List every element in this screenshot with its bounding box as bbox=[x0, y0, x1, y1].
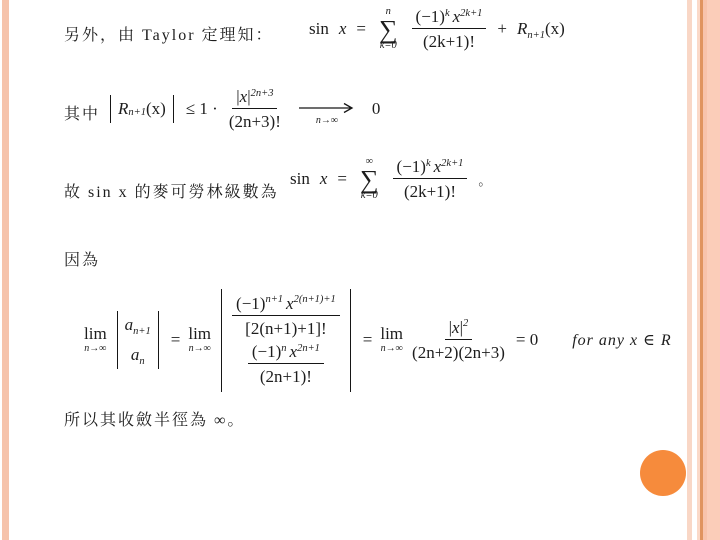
exponent: 2k+1 bbox=[441, 157, 463, 170]
equals-zero: = 0 bbox=[516, 330, 538, 350]
maclaurin-series-formula: sin x = ∞ ∑ k=0 (−1)kx2k+1 (2k+1)! 。 bbox=[288, 156, 493, 203]
right-border-stripe-thin bbox=[687, 0, 692, 540]
exponent: 2n+3 bbox=[251, 87, 274, 100]
term-a-n: an bbox=[131, 345, 145, 365]
abs-nested-fraction: (−1)n+1x2(n+1)+1 [2(n+1)+1]! (−1)nx2n+1 … bbox=[221, 289, 351, 392]
fraction-numerator: (−1)n+1x2(n+1)+1 bbox=[232, 293, 340, 316]
inequality: ≤ 1 · bbox=[186, 99, 218, 119]
limit-operator: lim n→∞ bbox=[84, 325, 107, 354]
line1: 另外，由 Taylor 定理知： bbox=[64, 22, 274, 45]
fraction: (−1)kx2k+1 (2k+1)! bbox=[393, 156, 468, 203]
line4-label: 因為 bbox=[64, 247, 100, 270]
orange-dot-decoration bbox=[640, 450, 686, 496]
var-a: a bbox=[125, 315, 134, 334]
lim-subscript: n→∞ bbox=[381, 344, 403, 355]
lim-text: lim bbox=[188, 325, 211, 343]
summation: n ∑ k=0 bbox=[379, 7, 398, 51]
ratio-stack: an+1 an bbox=[125, 315, 151, 365]
fraction: |x|2n+3 (2n+3)! bbox=[229, 86, 281, 133]
fraction-top: (−1)n+1x2(n+1)+1 [2(n+1)+1]! bbox=[232, 293, 340, 340]
lim-text: lim bbox=[84, 325, 107, 343]
var-x: x bbox=[339, 19, 347, 39]
subscript: n+1 bbox=[133, 326, 151, 337]
remainder-term: Rn+1(x) bbox=[517, 19, 565, 39]
limit-arrow-icon bbox=[298, 102, 356, 114]
var-x: x bbox=[290, 341, 298, 362]
left-border-stripe bbox=[2, 0, 9, 540]
math-token: (x) bbox=[545, 19, 565, 38]
line4: 因為 bbox=[64, 247, 100, 270]
var-x: x bbox=[453, 6, 461, 27]
for-any-clause: for any x ∈ R bbox=[572, 330, 672, 350]
equals-sign: = bbox=[356, 19, 366, 39]
fraction-denominator: [2(n+1)+1]! bbox=[245, 316, 326, 339]
ratio-test-equation: lim n→∞ an+1 an = lim n→∞ (−1)n+1x2(n+1)… bbox=[84, 283, 672, 397]
summation: ∞ ∑ k=0 bbox=[360, 157, 379, 201]
fraction-numerator: |x|2n+3 bbox=[232, 86, 277, 109]
term-a-n1: an+1 bbox=[125, 315, 151, 335]
exponent: k bbox=[426, 157, 431, 170]
math-token: (−1) bbox=[416, 6, 445, 27]
equals-sign: = bbox=[171, 330, 181, 350]
math-token: (−1) bbox=[236, 293, 265, 314]
exponent: k bbox=[445, 7, 450, 20]
arrow-subscript: n→∞ bbox=[316, 115, 338, 126]
math-token: (−1) bbox=[252, 341, 281, 362]
lim-subscript: n→∞ bbox=[189, 344, 211, 355]
fraction-denominator: (2n+1)! bbox=[260, 364, 312, 387]
limit-operator: lim n→∞ bbox=[188, 325, 211, 354]
exponent: 2(n+1)+1 bbox=[294, 293, 336, 306]
fraction-numerator: |x|2 bbox=[445, 317, 473, 340]
subscript: n+1 bbox=[128, 107, 146, 118]
exponent: 2k+1 bbox=[460, 7, 482, 20]
fraction-result: |x|2 (2n+2)(2n+3) bbox=[412, 317, 505, 364]
fraction-denominator: (2k+1)! bbox=[404, 179, 456, 202]
subscript: n+1 bbox=[527, 30, 545, 41]
var-R: R bbox=[118, 99, 128, 119]
exponent: 2 bbox=[463, 317, 468, 330]
exponent: 2n+1 bbox=[297, 342, 320, 355]
math-token: (−1) bbox=[397, 156, 426, 177]
line3-label: 故 sin x 的麥可勞林級數為 bbox=[64, 179, 279, 202]
line1-label: 另外，由 Taylor 定理知： bbox=[64, 22, 274, 45]
fraction-numerator: (−1)kx2k+1 bbox=[393, 156, 468, 179]
presentation-slide: 另外，由 Taylor 定理知： sin x = n ∑ k=0 (−1)kx2… bbox=[0, 0, 720, 540]
var-x: x bbox=[452, 317, 460, 338]
line6: 所以其收斂半徑為 ∞。 bbox=[64, 407, 245, 430]
fraction-numerator: (−1)nx2n+1 bbox=[248, 341, 324, 364]
sigma-symbol: ∑ bbox=[379, 18, 398, 41]
fraction-numerator: (−1)kx2k+1 bbox=[412, 6, 487, 29]
line2: 其中 bbox=[64, 101, 100, 124]
fraction-denominator: (2n+3)! bbox=[229, 109, 281, 132]
remainder-bound-formula: Rn+1(x) ≤ 1 · |x|2n+3 (2n+3)! n→∞ 0 bbox=[106, 86, 382, 133]
abs-remainder: Rn+1(x) bbox=[110, 95, 174, 123]
line3: 故 sin x 的麥可勞林級數為 bbox=[64, 179, 279, 202]
sin-operator: sin bbox=[309, 19, 329, 39]
sin-operator: sin bbox=[290, 169, 310, 189]
exponent: n bbox=[281, 342, 286, 355]
fraction-denominator: (2k+1)! bbox=[423, 29, 475, 52]
limit-arrow-group: n→∞ bbox=[298, 102, 356, 126]
zero-value: 0 bbox=[372, 99, 381, 119]
sum-lower-limit: k=0 bbox=[361, 191, 378, 202]
subscript: n bbox=[139, 356, 144, 367]
period-mark: 。 bbox=[478, 170, 491, 189]
line2-label: 其中 bbox=[64, 101, 100, 124]
lim-subscript: n→∞ bbox=[84, 344, 106, 355]
plus-sign: + bbox=[497, 19, 507, 39]
fraction: (−1)kx2k+1 (2k+1)! bbox=[412, 6, 487, 53]
var-x: x bbox=[286, 293, 294, 314]
abs-ratio: an+1 an bbox=[117, 311, 159, 369]
taylor-formula: sin x = n ∑ k=0 (−1)kx2k+1 (2k+1)! + Rn+… bbox=[307, 6, 567, 53]
lim-text: lim bbox=[380, 325, 403, 343]
var-x: x bbox=[434, 156, 442, 177]
var-x: x bbox=[240, 86, 248, 107]
sigma-symbol: ∑ bbox=[360, 168, 379, 191]
sum-lower-limit: k=0 bbox=[380, 41, 397, 52]
nested-fraction-stack: (−1)n+1x2(n+1)+1 [2(n+1)+1]! (−1)nx2n+1 … bbox=[229, 293, 343, 388]
math-token: (x) bbox=[146, 99, 166, 119]
var-x: x bbox=[320, 169, 328, 189]
equals-sign: = bbox=[363, 330, 373, 350]
limit-operator: lim n→∞ bbox=[380, 325, 403, 354]
fraction-denominator: (2n+2)(2n+3) bbox=[412, 340, 505, 363]
exponent: n+1 bbox=[265, 293, 283, 306]
var-R: R bbox=[517, 19, 527, 38]
line6-label: 所以其收斂半徑為 ∞。 bbox=[64, 407, 245, 430]
right-border-stripe-band bbox=[697, 0, 720, 540]
equals-sign: = bbox=[337, 169, 347, 189]
fraction-bottom: (−1)nx2n+1 (2n+1)! bbox=[248, 341, 324, 388]
